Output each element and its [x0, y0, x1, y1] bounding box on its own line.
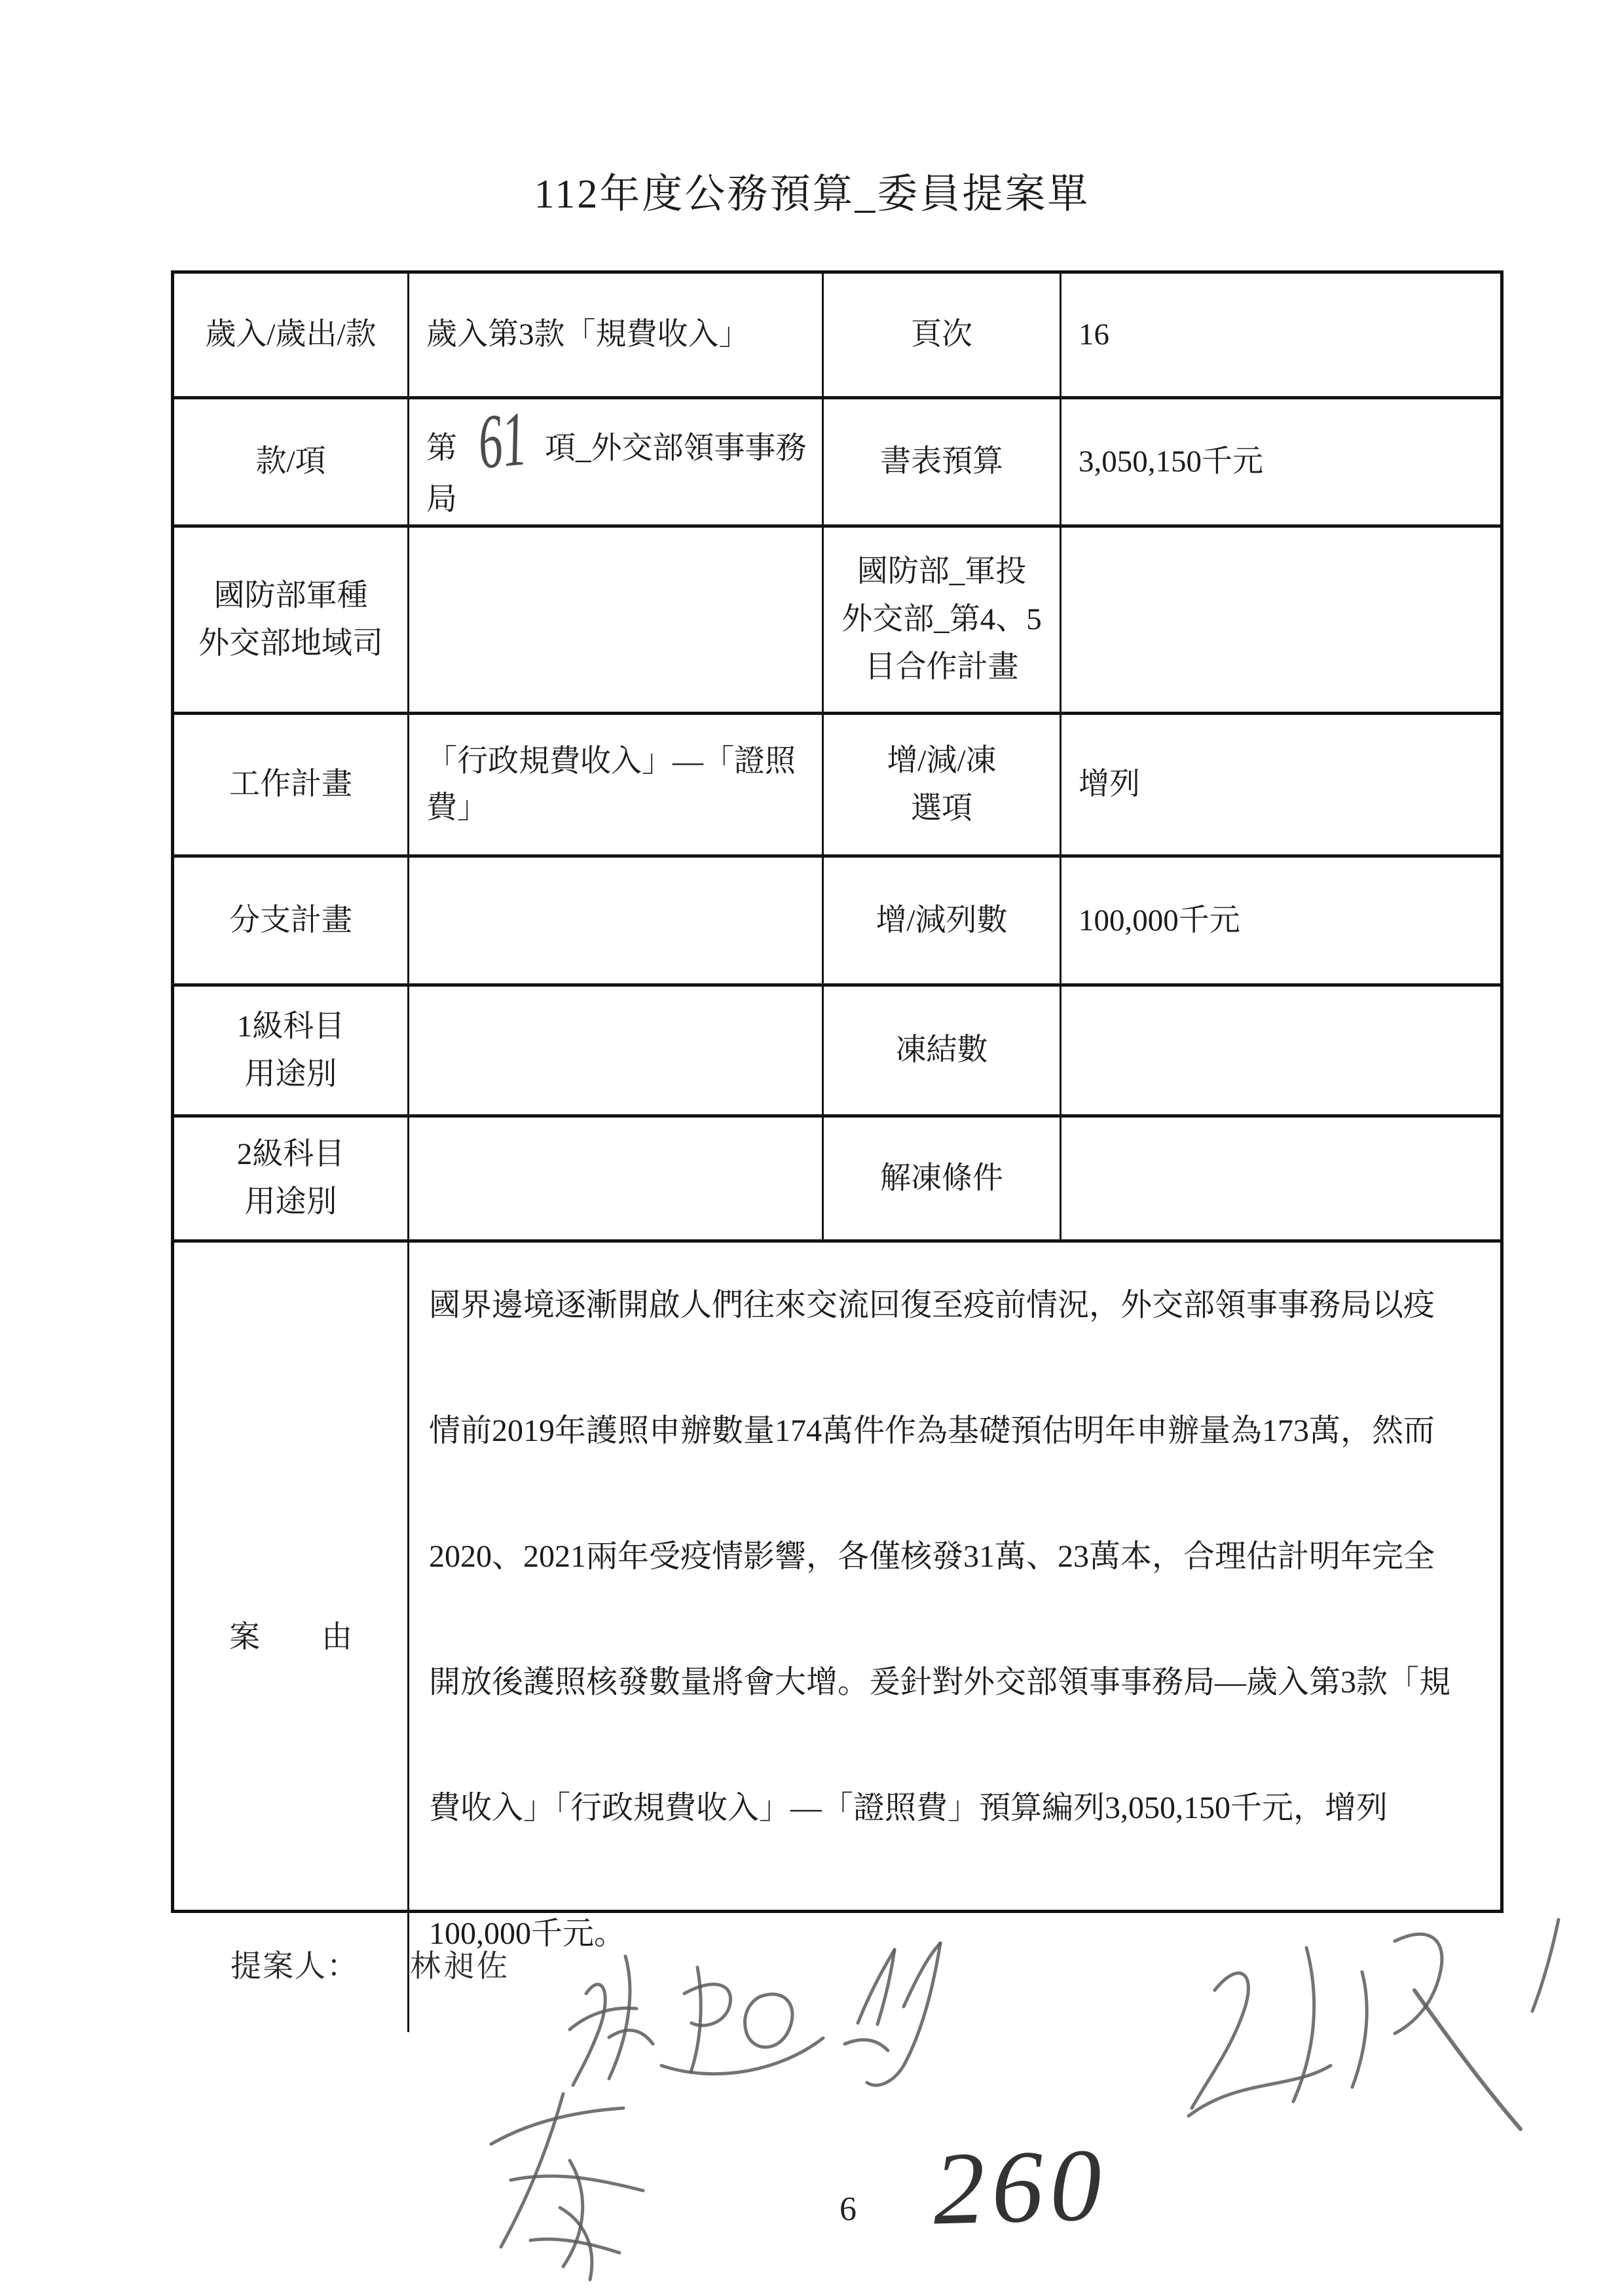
row2-value: 第61項_外交部領事事務局 — [409, 399, 824, 528]
handwritten-signature-right — [1166, 1912, 1585, 2174]
row4-value: 「行政規費收入」—「證照費」 — [409, 715, 824, 858]
handwritten-signature-left — [471, 2082, 697, 2295]
row1-label2: 頁次 — [824, 274, 1061, 399]
row1-label: 歲入/歲出/款 — [174, 274, 409, 399]
row4-label: 工作計畫 — [174, 715, 409, 858]
handwritten-page-number: 260 — [932, 2126, 1110, 2250]
case-reason-label: 案 由 — [174, 1243, 409, 2032]
row5-label: 分支計畫 — [174, 858, 409, 987]
proposer-name: 林昶佐 — [410, 1942, 510, 1986]
row6-label2: 凍結數 — [824, 987, 1061, 1118]
row6-value — [409, 987, 824, 1118]
row6-label: 1級科目 用途別 — [174, 987, 409, 1118]
row3-value — [409, 528, 824, 715]
row6-value2 — [1061, 987, 1500, 1118]
row7-value2 — [1061, 1118, 1500, 1243]
row3-label: 國防部軍種 外交部地域司 — [174, 528, 409, 715]
row7-label2: 解凍條件 — [824, 1118, 1061, 1243]
handwritten-item-number: 61 — [479, 439, 526, 443]
row2-label2: 書表預算 — [824, 399, 1061, 528]
row1-value: 歲入第3款「規費收入」 — [409, 274, 824, 399]
row5-label2: 增/減列數 — [824, 858, 1061, 987]
row3-label2: 國防部_軍投 外交部_第4、5 目合作計畫 — [824, 528, 1061, 715]
scanned-document-page: 112年度公務預算_委員提案單 歲入/歲出/款 歲入第3款「規費收入」 頁次 1… — [0, 0, 1624, 2296]
case-reason-text: 國界邊境逐漸開啟人們往來交流回復至疫前情況，外交部領事事務局以疫 情前2019年… — [409, 1243, 1500, 1997]
document-title: 112年度公務預算_委員提案單 — [0, 161, 1624, 219]
proposal-table: 歲入/歲出/款 歲入第3款「規費收入」 頁次 16 款/項 第61項_外交部領事… — [171, 270, 1504, 1913]
row7-value — [409, 1118, 824, 1243]
row7-label: 2級科目 用途別 — [174, 1118, 409, 1243]
row1-value2: 16 — [1061, 274, 1500, 399]
row5-value — [409, 858, 824, 987]
row3-value2 — [1061, 528, 1500, 715]
row2-value2: 3,050,150千元 — [1061, 399, 1500, 528]
printed-page-number: 6 — [840, 2190, 857, 2229]
row5-value2: 100,000千元 — [1061, 858, 1500, 987]
row2-value-prefix: 第 — [426, 431, 457, 465]
row4-label2: 增/減/凍 選項 — [824, 715, 1061, 858]
proposer-label: 提案人： — [231, 1942, 359, 1986]
row4-value2: 增列 — [1061, 715, 1500, 858]
row2-label: 款/項 — [174, 399, 409, 528]
